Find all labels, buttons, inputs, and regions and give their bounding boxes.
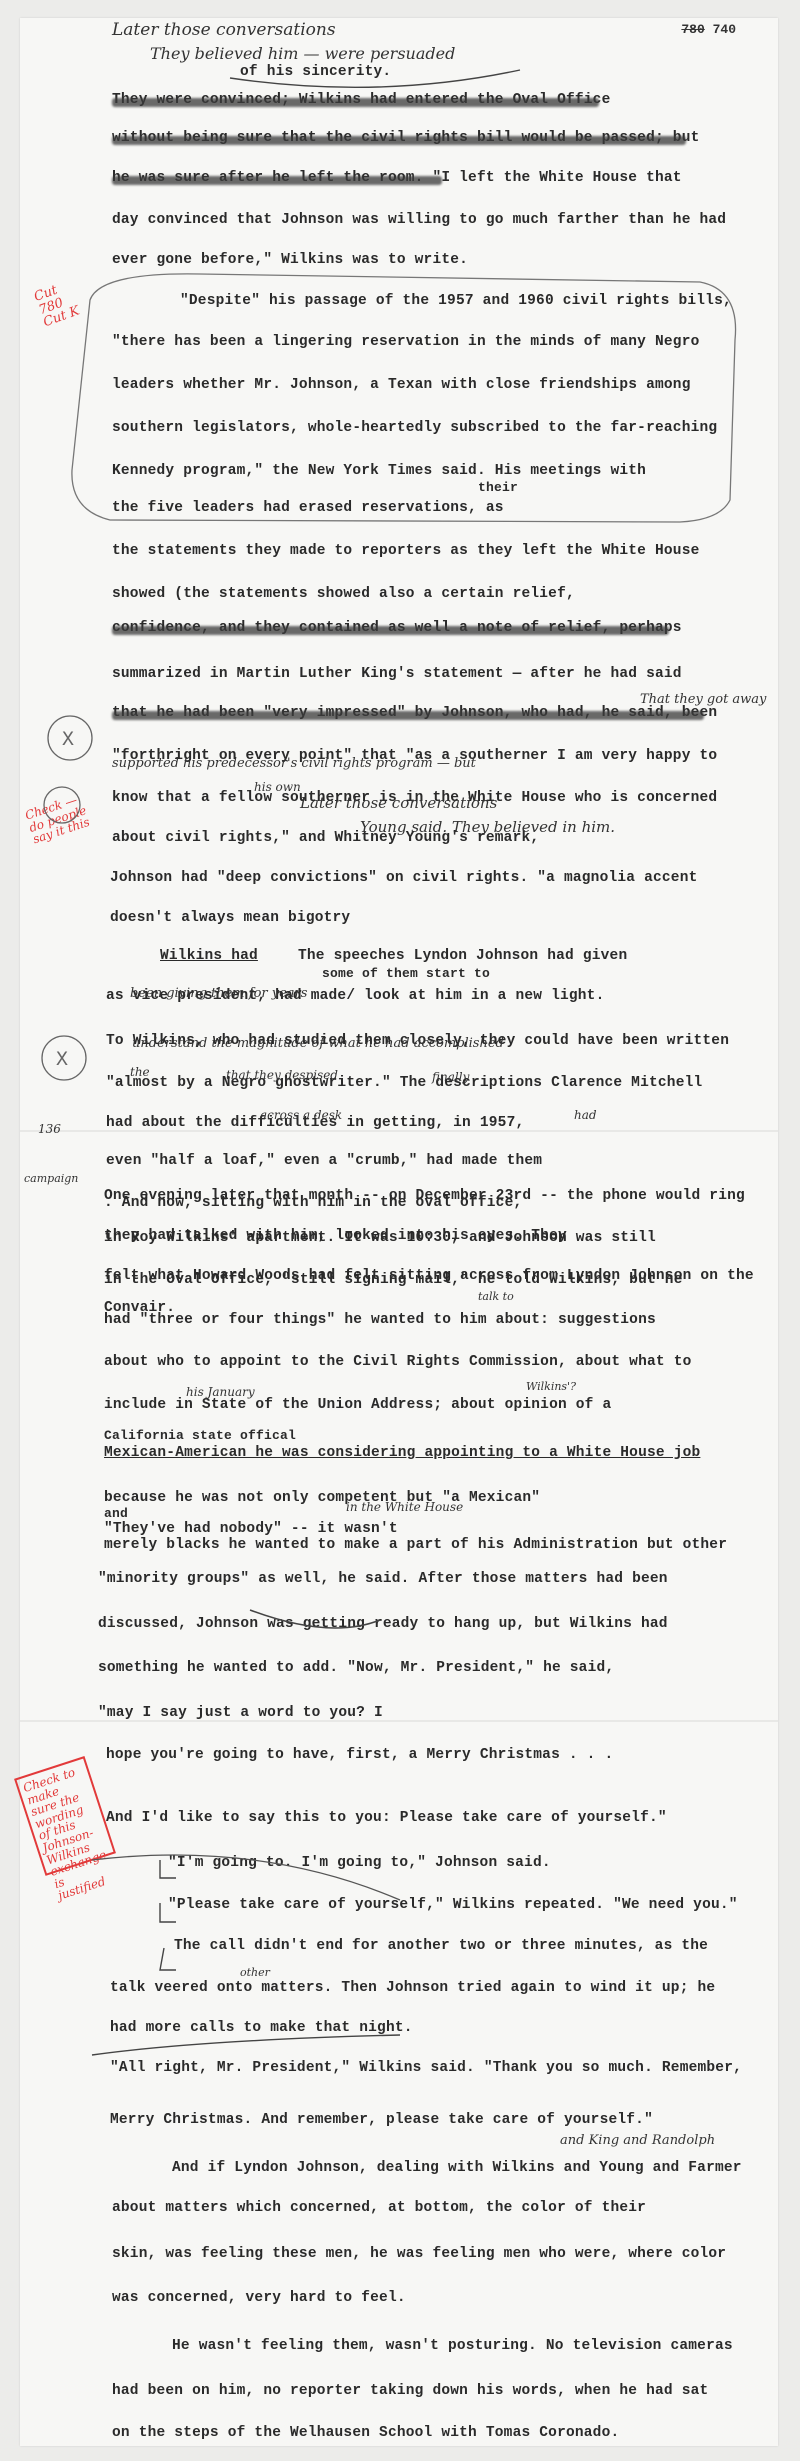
svg-text:X: X [56, 1049, 68, 1072]
markup-strokes: X X [0, 0, 800, 2461]
svg-text:X: X [62, 729, 74, 752]
